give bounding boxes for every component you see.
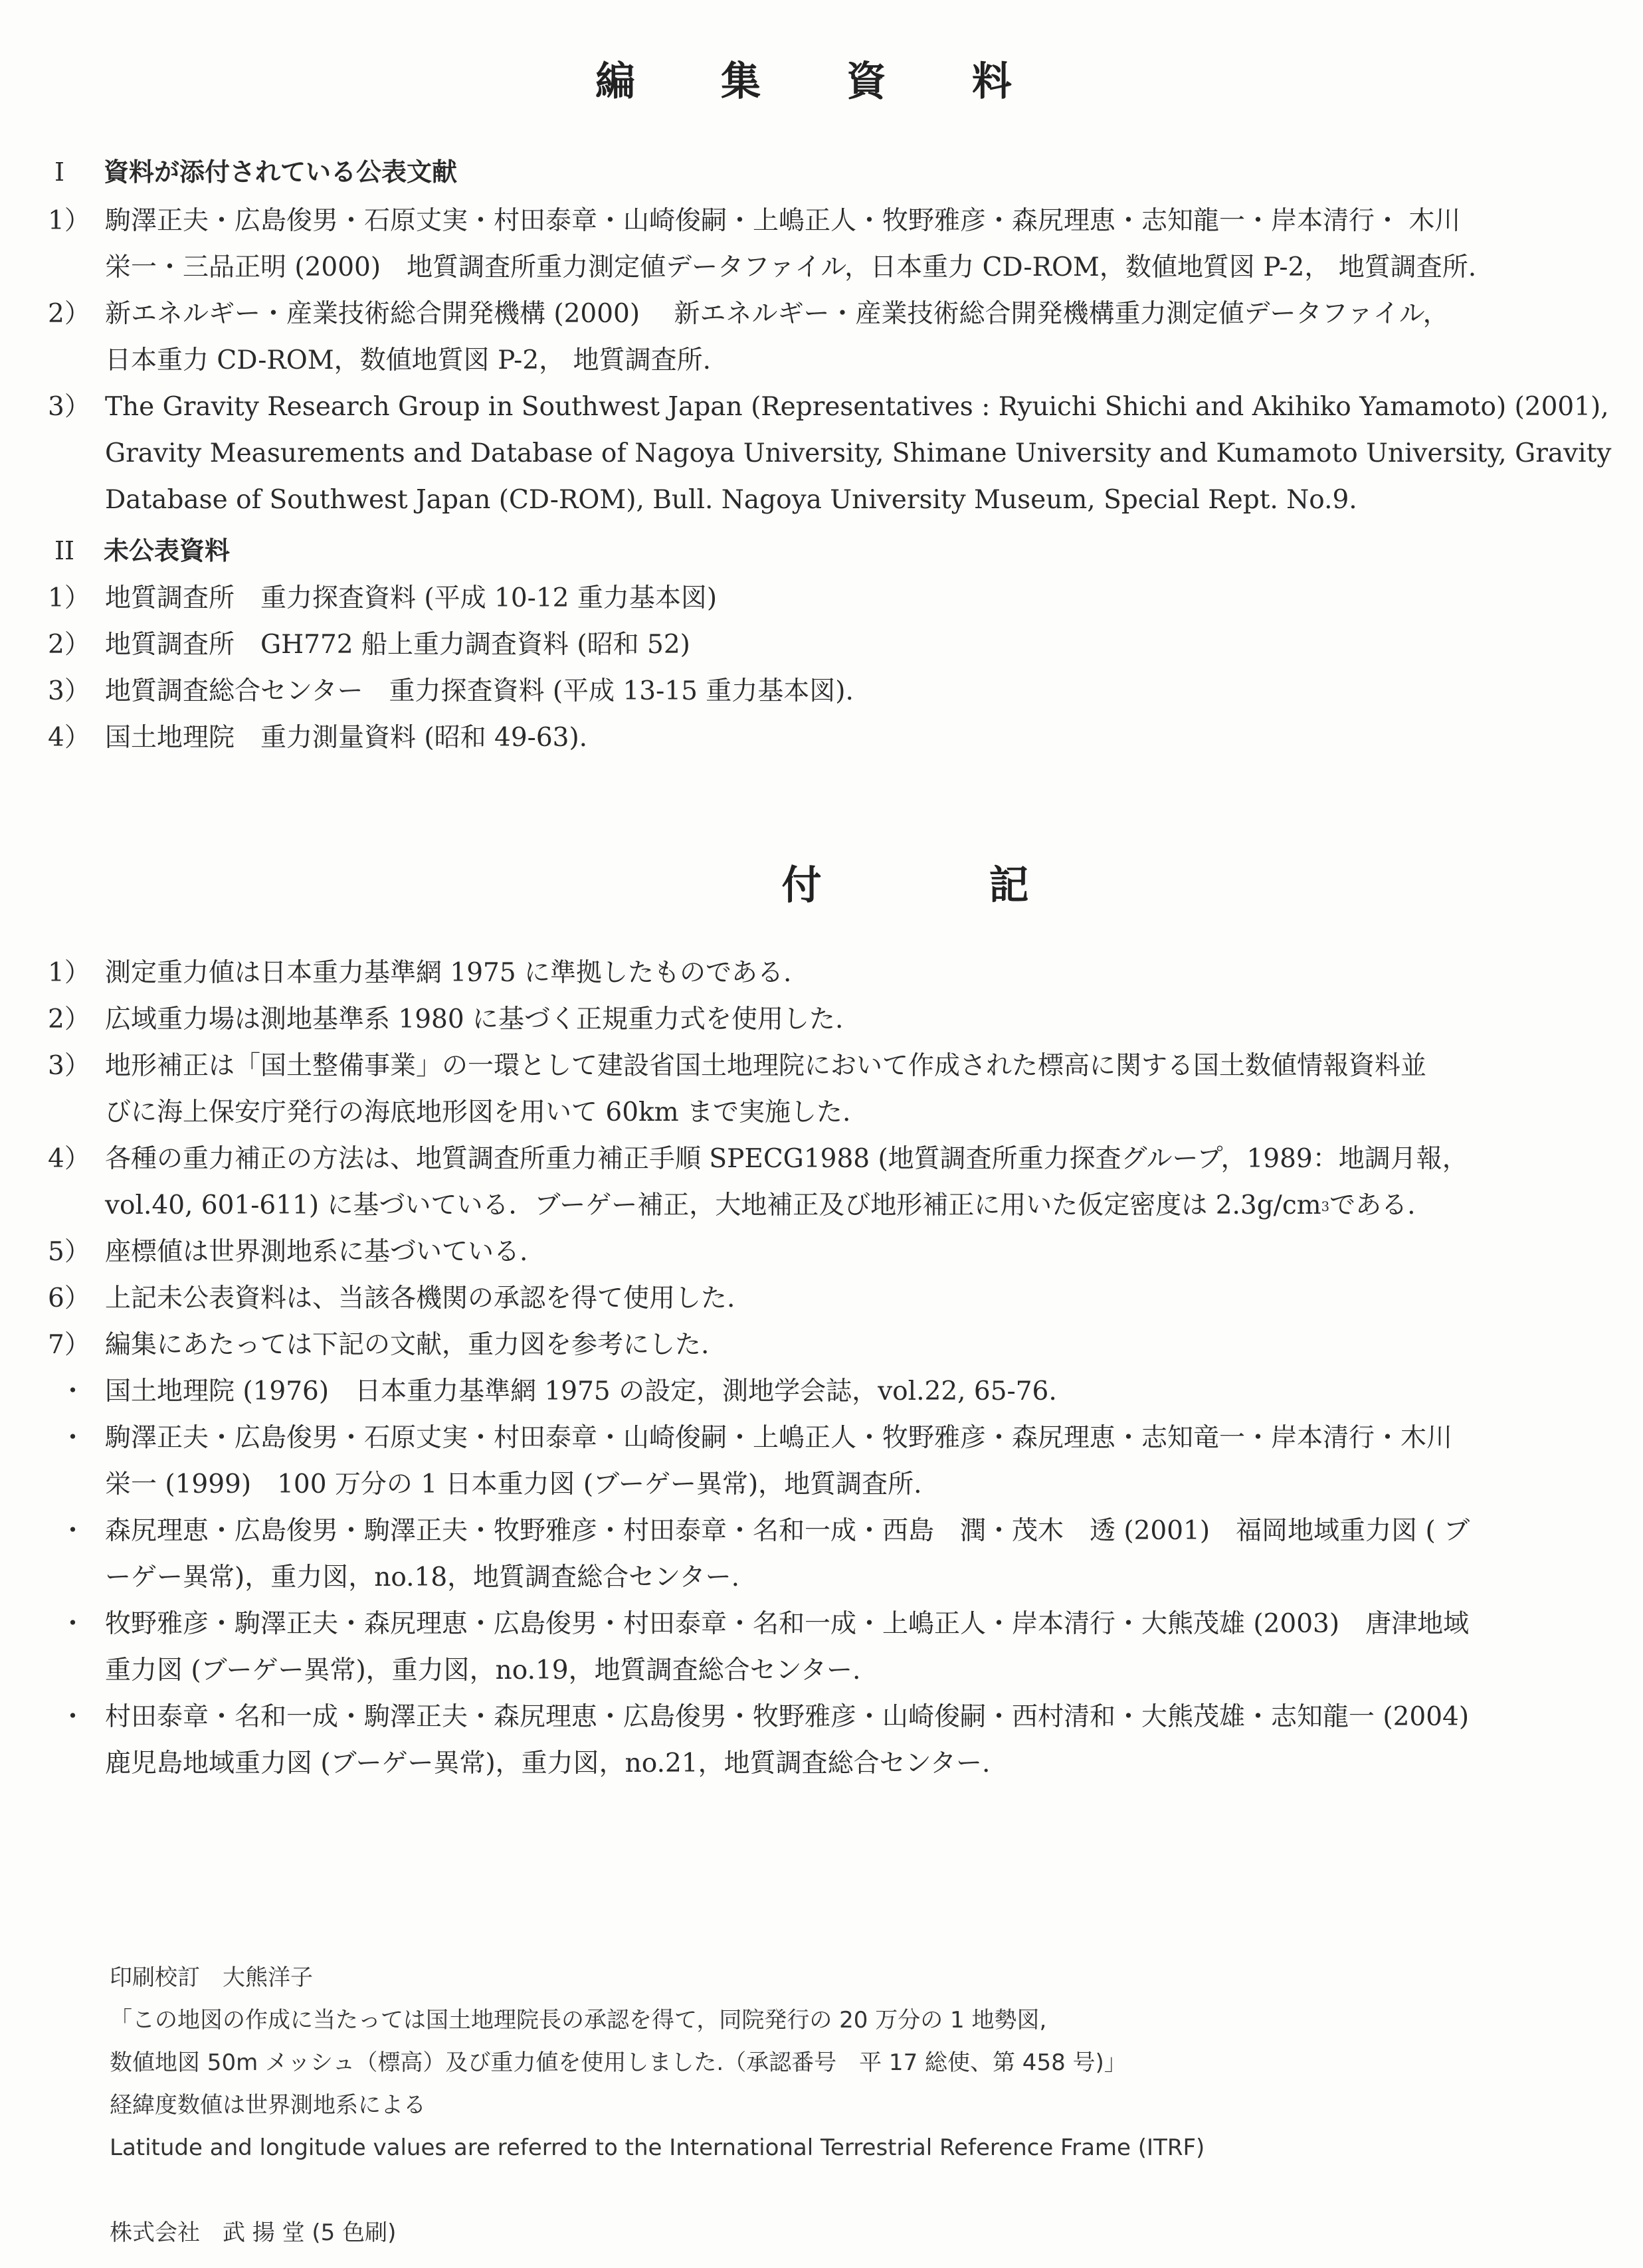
reference-text: 国土地理院 (1976) 日本重力基準網 1975 の設定，測地学会誌，vol.… <box>105 1369 1057 1415</box>
bullet-icon: ・ <box>48 1369 105 1415</box>
list-item: 1） 地質調査所 重力探査資料 (平成 10-12 重力基本図) <box>48 575 1596 622</box>
item-number: 1） <box>48 575 105 622</box>
item-number: 2） <box>48 291 105 384</box>
printer-credit: 株式会社 武 揚 堂 (5 色刷) <box>110 2212 1505 2254</box>
reference-text: 村田泰章・名和一成・駒澤正夫・森尻理恵・広島俊男・牧野雅彦・山崎俊嗣・西村清和・… <box>105 1694 1469 1741</box>
bullet-icon: ・ <box>48 1415 105 1508</box>
reference-item: ・ 国土地理院 (1976) 日本重力基準網 1975 の設定，測地学会誌，vo… <box>48 1369 1596 1415</box>
superscript: 3 <box>1321 1199 1329 1214</box>
reference-text: 重力図 (ブーゲー異常)，重力図，no.19，地質調査総合センター. <box>105 1648 1469 1694</box>
bullet-icon: ・ <box>48 1694 105 1787</box>
item-text: The Gravity Research Group in Southwest … <box>105 384 1611 430</box>
reference-item: ・ 駒澤正夫・広島俊男・石原丈実・村田泰章・山崎俊嗣・上嶋正人・牧野雅彦・森尻理… <box>48 1415 1596 1508</box>
list-item: 3） 地質調査総合センター 重力探査資料 (平成 13-15 重力基本図). <box>48 668 1596 715</box>
item-number: 3） <box>48 1043 105 1136</box>
item-text: 地質調査総合センター 重力探査資料 (平成 13-15 重力基本図). <box>105 668 1596 715</box>
reference-text: 栄一 (1999) 100 万分の 1 日本重力図 (ブーゲー異常)，地質調査所… <box>105 1462 1452 1508</box>
item-number: 1） <box>48 198 105 291</box>
list-item: 6） 上記未公表資料は、当該各機関の承認を得て使用した. <box>48 1276 1596 1322</box>
list-item: 7） 編集にあたっては下記の文献，重力図を参考にした. <box>48 1322 1596 1369</box>
approval-statement-line-2: 数値地図 50m メッシュ（標高）及び重力値を使用しました.（承認番号 平 17… <box>110 2041 1505 2084</box>
list-item: 1） 測定重力値は日本重力基準網 1975 に準拠したものである. <box>48 950 1596 996</box>
item-text: Gravity Measurements and Database of Nag… <box>105 430 1611 477</box>
item-text: 国土地理院 重力測量資料 (昭和 49-63). <box>105 715 1596 761</box>
reference-item: ・ 村田泰章・名和一成・駒澤正夫・森尻理恵・広島俊男・牧野雅彦・山崎俊嗣・西村清… <box>48 1694 1596 1787</box>
approval-statement-line-1: 「この地図の作成に当たっては国土地理院長の承認を得て，同院発行の 20 万分の … <box>110 1999 1505 2041</box>
item-number: 7） <box>48 1322 105 1369</box>
list-item: 1） 駒澤正夫・広島俊男・石原丈実・村田泰章・山崎俊嗣・上嶋正人・牧野雅彦・森尻… <box>48 198 1596 291</box>
list-item: 3） The Gravity Research Group in Southwe… <box>48 384 1596 523</box>
list-item: 2） 広域重力場は測地基準系 1980 に基づく正規重力式を使用した. <box>48 996 1596 1043</box>
item-number: 3） <box>48 384 105 523</box>
item-number: 2） <box>48 622 105 668</box>
list-item: 3） 地形補正は「国土整備事業」の一環として建設省国土地理院において作成された標… <box>48 1043 1596 1136</box>
section-heading-published-literature: I資料が添付されている公表文献 <box>54 151 457 188</box>
item-number: 6） <box>48 1276 105 1322</box>
datum-note-japanese: 経緯度数値は世界測地系による <box>110 2084 1505 2126</box>
reference-text: 駒澤正夫・広島俊男・石原丈実・村田泰章・山崎俊嗣・上嶋正人・牧野雅彦・森尻理恵・… <box>105 1415 1452 1462</box>
reference-item: ・ 森尻理恵・広島俊男・駒澤正夫・牧野雅彦・村田泰章・名和一成・西島 潤・茂木 … <box>48 1508 1596 1601</box>
bullet-icon: ・ <box>48 1601 105 1694</box>
item-text: 駒澤正夫・広島俊男・石原丈実・村田泰章・山崎俊嗣・上嶋正人・牧野雅彦・森尻理恵・… <box>105 198 1596 244</box>
reference-text: 牧野雅彦・駒澤正夫・森尻理恵・広島俊男・村田泰章・名和一成・上嶋正人・岸本清行・… <box>105 1601 1469 1648</box>
item-number: 4） <box>48 715 105 761</box>
item-number: 4） <box>48 1136 105 1229</box>
item-number: 3） <box>48 668 105 715</box>
item-text: 座標値は世界測地系に基づいている. <box>105 1229 1596 1276</box>
item-text: Database of Southwest Japan (CD-ROM), Bu… <box>105 477 1611 523</box>
proofreading-credit: 印刷校訂 大熊洋子 <box>110 1956 1505 1999</box>
list-item: 4） 各種の重力補正の方法は、地質調査所重力補正手順 SPECG1988 (地質… <box>48 1136 1596 1229</box>
reference-text: 鹿児島地域重力図 (ブーゲー異常)，重力図，no.21，地質調査総合センター. <box>105 1741 1469 1787</box>
datum-note-english: Latitude and longitude values are referr… <box>110 2126 1505 2169</box>
section-number: I <box>54 157 104 187</box>
item-text: 地形補正は「国土整備事業」の一環として建設省国土地理院において作成された標高に関… <box>105 1043 1596 1089</box>
unpublished-materials-list: 1） 地質調査所 重力探査資料 (平成 10-12 重力基本図) 2） 地質調査… <box>48 575 1596 761</box>
item-text-tail: である. <box>1329 1190 1415 1220</box>
item-number: 1） <box>48 950 105 996</box>
item-text: 地質調査所 GH772 船上重力調査資料 (昭和 52) <box>105 622 1596 668</box>
list-item: 2） 新エネルギー・産業技術総合開発機構 (2000) 新エネルギー・産業技術総… <box>48 291 1596 384</box>
item-text: vol.40, 601-611) に基づいている．ブーゲー補正，大地補正及び地形… <box>105 1182 1596 1229</box>
section-heading-unpublished-materials: II未公表資料 <box>54 530 230 567</box>
published-literature-list: 1） 駒澤正夫・広島俊男・石原丈実・村田泰章・山崎俊嗣・上嶋正人・牧野雅彦・森尻… <box>48 198 1596 523</box>
item-number: 5） <box>48 1229 105 1276</box>
item-text: 栄一・三品正明 (2000) 地質調査所重力測定値データファイル，日本重力 CD… <box>105 244 1596 291</box>
reference-item: ・ 牧野雅彦・駒澤正夫・森尻理恵・広島俊男・村田泰章・名和一成・上嶋正人・岸本清… <box>48 1601 1596 1694</box>
page-title-editorial-materials: 編 集 資 料 <box>0 50 1643 107</box>
section-number: II <box>54 536 104 565</box>
item-text: 測定重力値は日本重力基準網 1975 に準拠したものである. <box>105 950 1596 996</box>
list-item: 5） 座標値は世界測地系に基づいている. <box>48 1229 1596 1276</box>
page-title-notes: 付記 <box>0 854 1643 911</box>
item-text: 各種の重力補正の方法は、地質調査所重力補正手順 SPECG1988 (地質調査所… <box>105 1136 1596 1182</box>
item-text: 地質調査所 重力探査資料 (平成 10-12 重力基本図) <box>105 575 1596 622</box>
reference-text: 森尻理恵・広島俊男・駒澤正夫・牧野雅彦・村田泰章・名和一成・西島 潤・茂木 透 … <box>105 1508 1470 1555</box>
item-text: 日本重力 CD-ROM，数値地質図 P-2， 地質調査所. <box>105 337 1596 384</box>
list-item: 4） 国土地理院 重力測量資料 (昭和 49-63). <box>48 715 1596 761</box>
item-text-main: vol.40, 601-611) に基づいている．ブーゲー補正，大地補正及び地形… <box>105 1190 1321 1220</box>
list-item: 2） 地質調査所 GH772 船上重力調査資料 (昭和 52) <box>48 622 1596 668</box>
section-title: 未公表資料 <box>104 536 230 565</box>
bullet-icon: ・ <box>48 1508 105 1601</box>
item-text: 上記未公表資料は、当該各機関の承認を得て使用した. <box>105 1276 1596 1322</box>
item-text: 広域重力場は測地基準系 1980 に基づく正規重力式を使用した. <box>105 996 1596 1043</box>
item-number: 2） <box>48 996 105 1043</box>
notes-list: 1） 測定重力値は日本重力基準網 1975 に準拠したものである. 2） 広域重… <box>48 950 1596 1787</box>
item-text: 新エネルギー・産業技術総合開発機構 (2000) 新エネルギー・産業技術総合開発… <box>105 291 1596 337</box>
colophon: 印刷校訂 大熊洋子 「この地図の作成に当たっては国土地理院長の承認を得て，同院発… <box>110 1956 1505 2254</box>
reference-text: ーゲー異常)，重力図，no.18，地質調査総合センター. <box>105 1555 1470 1601</box>
item-text: びに海上保安庁発行の海底地形図を用いて 60km まで実施した. <box>105 1089 1596 1136</box>
item-text: 編集にあたっては下記の文献，重力図を参考にした. <box>105 1322 1596 1369</box>
section-title: 資料が添付されている公表文献 <box>104 157 457 187</box>
